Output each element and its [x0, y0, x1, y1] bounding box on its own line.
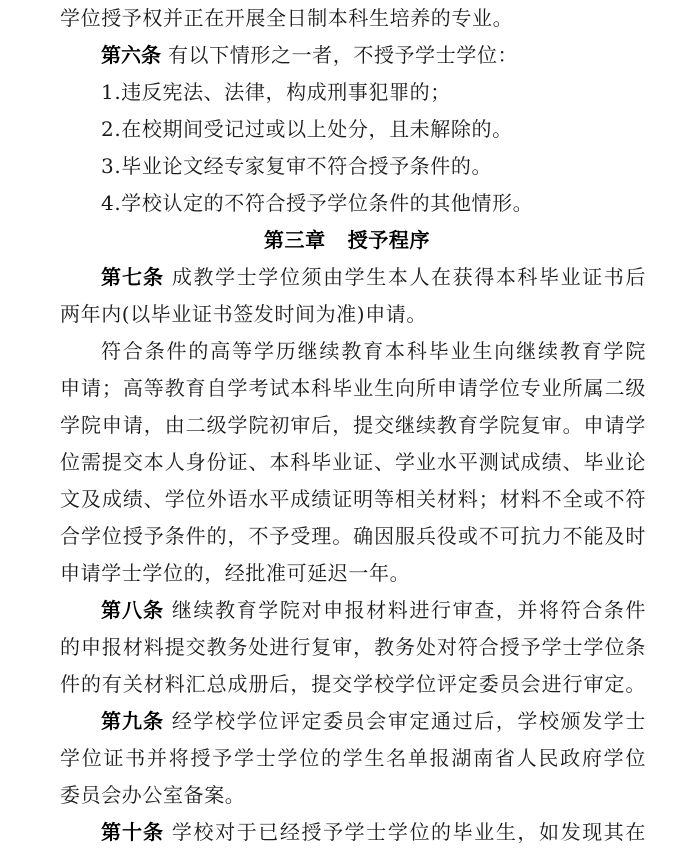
line-text: 申请；高等教育自学考试本科毕业生向所申请学位专业所属二级 [60, 376, 646, 400]
line-text: 的申报材料提交教务处进行复审，教务处对符合授予学士学位条 [60, 635, 646, 659]
line-text: 3.毕业论文经专家复审不符合授予条件的。 [101, 154, 492, 178]
article-label: 第八条 [101, 598, 164, 622]
list-item: 3.毕业论文经专家复审不符合授予条件的。 [101, 148, 646, 185]
article-label: 第七条 [101, 265, 164, 289]
chapter-heading: 第三章授予程序 [0, 222, 694, 259]
chapter-number: 第三章 [264, 228, 326, 252]
text-line: 符合条件的高等学历继续教育本科毕业生向继续教育学院 [101, 333, 646, 370]
text-line: 两年内(以毕业证书签发时间为准)申请。 [60, 296, 646, 333]
text-line: 位需提交本人身份证、本科毕业证、学业水平测试成绩、毕业论 [60, 444, 646, 481]
line-text: 文及成绩、学位外语水平成绩证明等相关材料；材料不全或不符 [60, 487, 646, 511]
line-text: 申请学士学位的，经批准可延迟一年。 [60, 561, 410, 585]
text-line: 学位授予权并正在开展全日制本科生培养的专业。 [60, 0, 646, 37]
line-text: 1.违反宪法、法律，构成刑事犯罪的； [101, 80, 451, 104]
text-line: 申请学士学位的，经批准可延迟一年。 [60, 555, 646, 592]
article-label: 第九条 [101, 709, 164, 733]
line-text: 委员会办公室备案。 [60, 783, 245, 807]
line-text: 学院申请，由二级学院初审后，提交继续教育学院复审。申请学 [60, 413, 646, 437]
article-label: 第十条 [101, 820, 164, 844]
line-text: 符合条件的高等学历继续教育本科毕业生向继续教育学院 [101, 339, 646, 363]
line-text: 两年内(以毕业证书签发时间为准)申请。 [60, 302, 427, 326]
list-item: 1.违反宪法、法律，构成刑事犯罪的； [101, 74, 646, 111]
line-text: 2.在校期间受记过或以上处分，且未解除的。 [101, 117, 513, 141]
line-text: 件的有关材料汇总成册后，提交学校学位评定委员会进行审定。 [60, 672, 646, 696]
list-item: 2.在校期间受记过或以上处分，且未解除的。 [101, 111, 646, 148]
list-item: 4.学校认定的不符合授予学位条件的其他情形。 [101, 185, 646, 222]
article-6-header: 第六条 有以下情形之一者，不授予学士学位： [101, 37, 646, 74]
article-label: 第六条 [101, 43, 161, 67]
text-line: 的申报材料提交教务处进行复审，教务处对符合授予学士学位条 [60, 629, 646, 666]
article-7-header: 第七条 成教学士学位须由学生本人在获得本科毕业证书后 [101, 259, 646, 296]
text-line: 学位证书并将授予学士学位的学生名单报湖南省人民政府学位 [60, 740, 646, 777]
document-page: 学位授予权并正在开展全日制本科生培养的专业。 第六条 有以下情形之一者，不授予学… [0, 0, 694, 850]
text-line: 申请；高等教育自学考试本科毕业生向所申请学位专业所属二级 [60, 370, 646, 407]
text-line: 件的有关材料汇总成册后，提交学校学位评定委员会进行审定。 [60, 666, 646, 703]
line-text: 合学位授予条件的，不予受理。确因服兵役或不可抗力不能及时 [60, 524, 646, 548]
line-text: 学位授予权并正在开展全日制本科生培养的专业。 [60, 6, 513, 30]
article-8-header: 第八条 继续教育学院对申报材料进行审查，并将符合条件 [101, 592, 646, 629]
line-text: 4.学校认定的不符合授予学位条件的其他情形。 [101, 191, 533, 215]
text-line: 学院申请，由二级学院初审后，提交继续教育学院复审。申请学 [60, 407, 646, 444]
line-text: 位需提交本人身份证、本科毕业证、学业水平测试成绩、毕业论 [60, 450, 646, 474]
chapter-title: 授予程序 [348, 228, 430, 252]
line-text: 有以下情形之一者，不授予学士学位： [161, 43, 518, 67]
line-text: 经学校学位评定委员会审定通过后，学校颁发学士 [164, 709, 646, 733]
article-9-header: 第九条 经学校学位评定委员会审定通过后，学校颁发学士 [101, 703, 646, 740]
line-text: 学位证书并将授予学士学位的学生名单报湖南省人民政府学位 [60, 746, 646, 770]
line-text: 学校对于已经授予学士学位的毕业生，如发现其在 [164, 820, 646, 844]
article-10-header: 第十条 学校对于已经授予学士学位的毕业生，如发现其在 [101, 814, 646, 850]
text-line: 委员会办公室备案。 [60, 777, 646, 814]
text-line: 合学位授予条件的，不予受理。确因服兵役或不可抗力不能及时 [60, 518, 646, 555]
line-text: 继续教育学院对申报材料进行审查，并将符合条件 [164, 598, 646, 622]
text-line: 文及成绩、学位外语水平成绩证明等相关材料；材料不全或不符 [60, 481, 646, 518]
line-text: 成教学士学位须由学生本人在获得本科毕业证书后 [164, 265, 646, 289]
